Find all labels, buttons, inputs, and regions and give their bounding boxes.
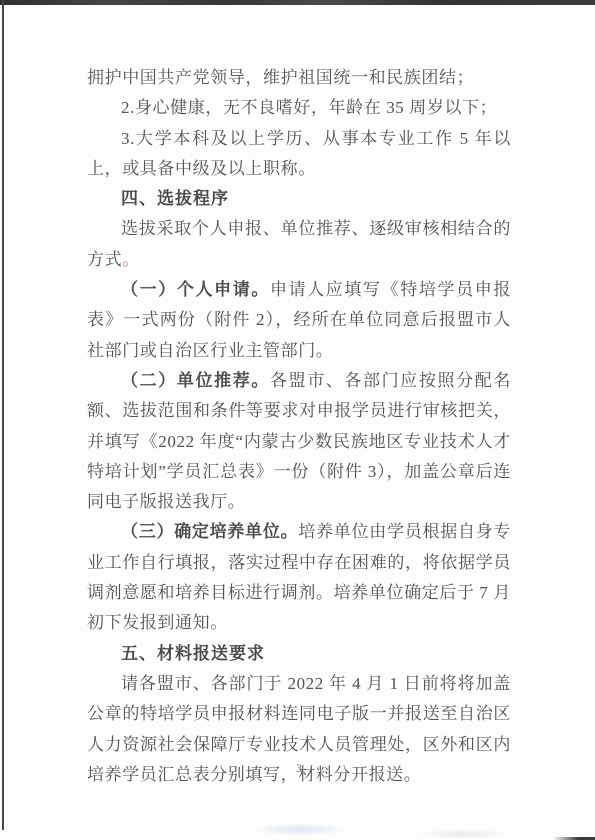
red-period-mark: 。 (122, 250, 140, 269)
paragraph-text: 各盟市、各部门应按照分配名额、选拔范围和条件等要求对申报学员进行审核把关，并填写… (87, 371, 511, 511)
paragraph-condition-2: 2.身心健康，无不良嗜好，年龄在 35 周岁以下； (87, 93, 511, 123)
paragraph-lead: （一）个人申请。 (121, 280, 270, 299)
section-heading-4: 四、选拔程序 (87, 184, 511, 214)
paragraph-step-1-personal-application: （一）个人申请。申请人应填写《特培学员申报表》一式两份（附件 2），经所在单位同… (87, 275, 511, 366)
scan-artifact-smudge (250, 823, 350, 836)
heading-text: 五、材料报送要求 (121, 644, 265, 663)
paragraph-selection-method: 选拔采取个人申报、单位推荐、逐级审核相结合的方式。 (87, 214, 511, 275)
document-page: 拥护中国共产党领导，维护祖国统一和民族团结； 2.身心健康，无不良嗜好，年龄在 … (0, 0, 595, 840)
paragraph-text: 选拔采取个人申报、单位推荐、逐级审核相结合的方式 (87, 219, 511, 268)
document-body: 拥护中国共产党领导，维护祖国统一和民族团结； 2.身心健康，无不良嗜好，年龄在 … (87, 63, 511, 790)
paragraph-lead: （三）确定培养单位。 (121, 522, 298, 541)
scan-artifact-left-line (2, 0, 4, 830)
paragraph-text: 3.大学本科及以上学历、从事本专业工作 5 年以上，或具备中级及以上职称。 (87, 129, 511, 178)
paragraph-text: 拥护中国共产党领导，维护祖国统一和民族团结； (87, 68, 474, 87)
heading-text: 四、选拔程序 (121, 189, 229, 208)
scan-artifact-smudge (415, 829, 510, 839)
page-number: 3 (87, 763, 511, 775)
paragraph-step-3-training-unit: （三）确定培养单位。培养单位由学员根据自身专业工作自行填报，落实过程中存在困难的… (87, 517, 511, 638)
paragraph-continuation: 拥护中国共产党领导，维护祖国统一和民族团结； (87, 63, 511, 93)
paragraph-step-2-unit-recommendation: （二）单位推荐。各盟市、各部门应按照分配名额、选拔范围和条件等要求对申报学员进行… (87, 366, 511, 517)
paragraph-condition-3: 3.大学本科及以上学历、从事本专业工作 5 年以上，或具备中级及以上职称。 (87, 124, 511, 185)
scan-artifact-top-band (0, 0, 595, 5)
paragraph-lead: （二）单位推荐。 (121, 371, 270, 390)
section-heading-5: 五、材料报送要求 (87, 639, 511, 669)
paragraph-text: 2.身心健康，无不良嗜好，年龄在 35 周岁以下； (121, 98, 497, 117)
